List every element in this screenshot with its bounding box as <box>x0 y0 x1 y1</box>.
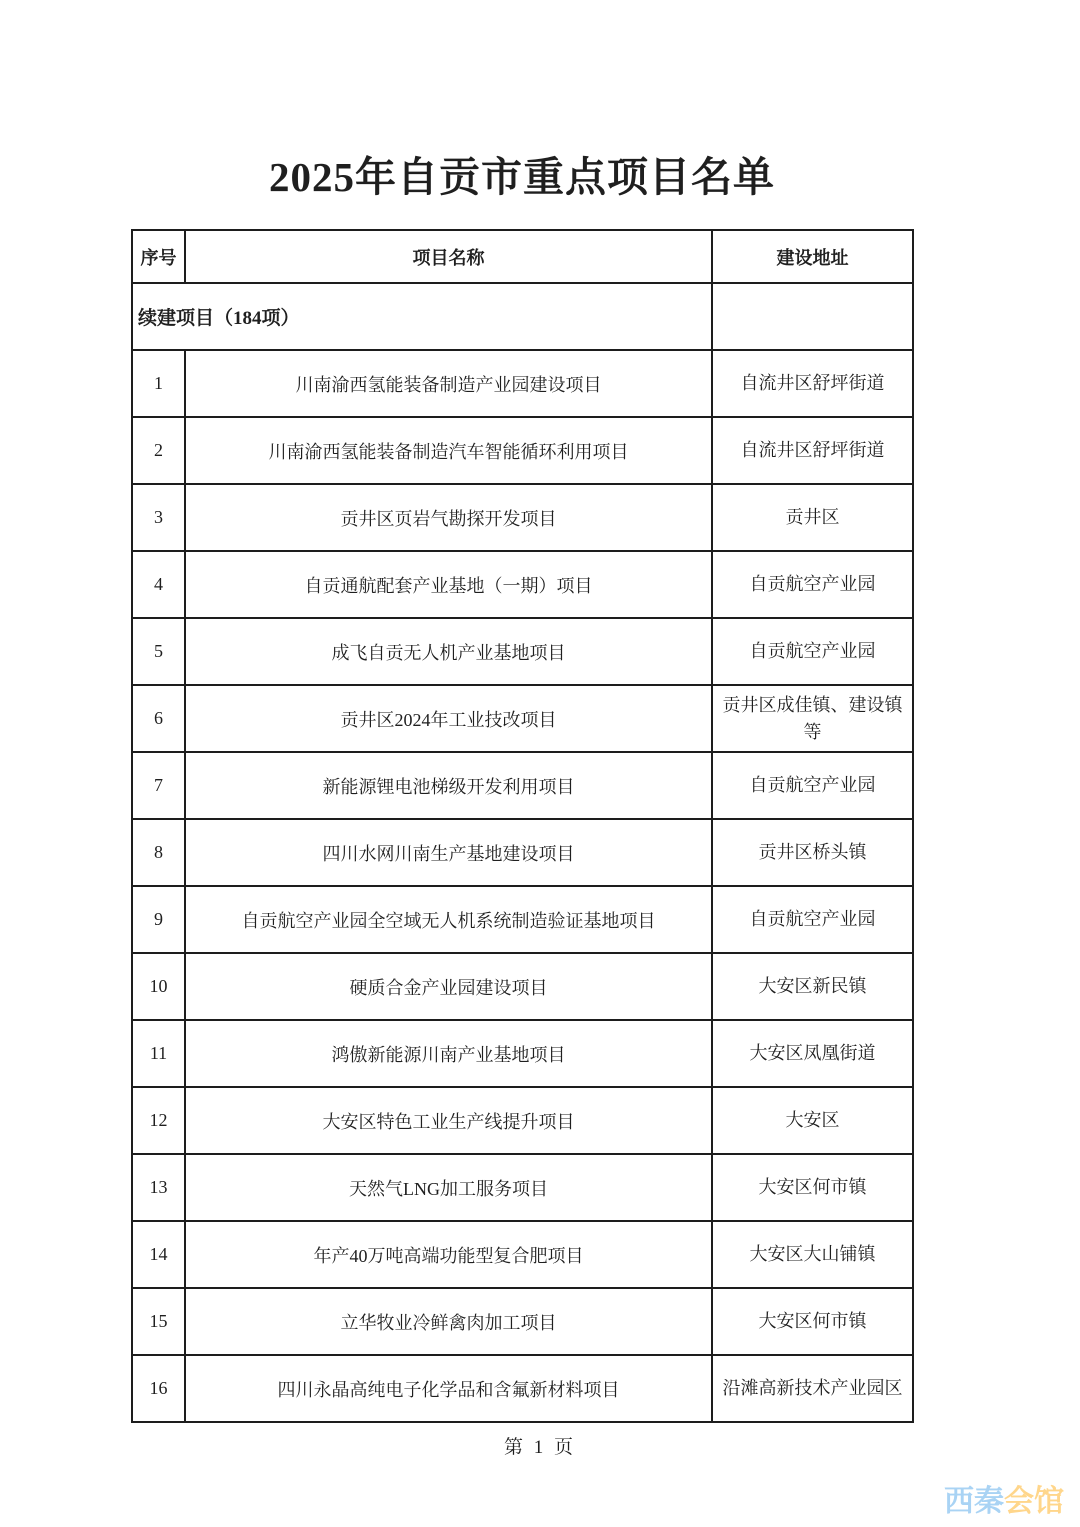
address-cell: 自流井区舒坪街道 <box>712 417 913 484</box>
column-header-serial: 序号 <box>132 230 185 283</box>
page-number: 第 1 页 <box>0 1432 1080 1459</box>
page-title: 2025年自贡市重点项目名单 <box>130 0 914 203</box>
project-name-cell: 鸿傲新能源川南产业基地项目 <box>185 1020 712 1087</box>
row-number-cell: 10 <box>132 953 185 1020</box>
project-name-cell: 大安区特色工业生产线提升项目 <box>185 1087 712 1154</box>
address-cell: 贡井区 <box>712 484 913 551</box>
project-name-cell: 贡井区2024年工业技改项目 <box>185 685 712 752</box>
address-cell: 自贡航空产业园 <box>712 618 913 685</box>
table-body: 续建项目（184项） 1 川南渝西氢能装备制造产业园建设项目 自流井区舒坪街道 … <box>132 283 913 1422</box>
project-name-cell: 新能源锂电池梯级开发利用项目 <box>185 752 712 819</box>
address-cell: 贡井区桥头镇 <box>712 819 913 886</box>
row-number-cell: 13 <box>132 1154 185 1221</box>
table-row: 16 四川永晶高纯电子化学品和含氟新材料项目 沿滩高新技术产业园区 <box>132 1355 913 1422</box>
project-name-cell: 自贡航空产业园全空域无人机系统制造验证基地项目 <box>185 886 712 953</box>
project-name-cell: 贡井区页岩气勘探开发项目 <box>185 484 712 551</box>
address-cell: 大安区新民镇 <box>712 953 913 1020</box>
project-name-cell: 四川永晶高纯电子化学品和含氟新材料项目 <box>185 1355 712 1422</box>
row-number-cell: 6 <box>132 685 185 752</box>
address-cell: 贡井区成佳镇、建设镇等 <box>712 685 913 752</box>
table-row: 15 立华牧业冷鲜禽肉加工项目 大安区何市镇 <box>132 1288 913 1355</box>
project-name-cell: 自贡通航配套产业基地（一期）项目 <box>185 551 712 618</box>
row-number-cell: 15 <box>132 1288 185 1355</box>
project-name-cell: 川南渝西氢能装备制造产业园建设项目 <box>185 350 712 417</box>
row-number-cell: 8 <box>132 819 185 886</box>
address-cell: 大安区何市镇 <box>712 1154 913 1221</box>
project-name-cell: 四川水网川南生产基地建设项目 <box>185 819 712 886</box>
row-number-cell: 4 <box>132 551 185 618</box>
section-row: 续建项目（184项） <box>132 283 913 350</box>
row-number-cell: 14 <box>132 1221 185 1288</box>
project-name-cell: 天然气LNG加工服务项目 <box>185 1154 712 1221</box>
address-cell: 大安区大山铺镇 <box>712 1221 913 1288</box>
row-number-cell: 1 <box>132 350 185 417</box>
address-cell: 大安区 <box>712 1087 913 1154</box>
column-header-address: 建设地址 <box>712 230 913 283</box>
watermark-part2: 会馆 <box>1004 1485 1064 1518</box>
section-empty-cell <box>712 283 913 350</box>
address-cell: 大安区凤凰街道 <box>712 1020 913 1087</box>
table-row: 12 大安区特色工业生产线提升项目 大安区 <box>132 1087 913 1154</box>
projects-table: 序号 项目名称 建设地址 续建项目（184项） 1 川南渝西氢能装备制造产业园建… <box>131 229 914 1423</box>
table-row: 4 自贡通航配套产业基地（一期）项目 自贡航空产业园 <box>132 551 913 618</box>
table-row: 5 成飞自贡无人机产业基地项目 自贡航空产业园 <box>132 618 913 685</box>
table-row: 1 川南渝西氢能装备制造产业园建设项目 自流井区舒坪街道 <box>132 350 913 417</box>
table-row: 7 新能源锂电池梯级开发利用项目 自贡航空产业园 <box>132 752 913 819</box>
table-row: 3 贡井区页岩气勘探开发项目 贡井区 <box>132 484 913 551</box>
table-header-row: 序号 项目名称 建设地址 <box>132 230 913 283</box>
project-name-cell: 立华牧业冷鲜禽肉加工项目 <box>185 1288 712 1355</box>
address-cell: 自贡航空产业园 <box>712 752 913 819</box>
address-cell: 自流井区舒坪街道 <box>712 350 913 417</box>
row-number-cell: 12 <box>132 1087 185 1154</box>
table-row: 8 四川水网川南生产基地建设项目 贡井区桥头镇 <box>132 819 913 886</box>
row-number-cell: 16 <box>132 1355 185 1422</box>
address-cell: 自贡航空产业园 <box>712 551 913 618</box>
row-number-cell: 5 <box>132 618 185 685</box>
document-page: 2025年自贡市重点项目名单 序号 项目名称 建设地址 续建项目（184项） 1… <box>0 0 1080 1423</box>
section-title: 续建项目（184项） <box>132 283 712 350</box>
row-number-cell: 9 <box>132 886 185 953</box>
table-row: 9 自贡航空产业园全空域无人机系统制造验证基地项目 自贡航空产业园 <box>132 886 913 953</box>
table-row: 14 年产40万吨高端功能型复合肥项目 大安区大山铺镇 <box>132 1221 913 1288</box>
address-cell: 大安区何市镇 <box>712 1288 913 1355</box>
table-row: 13 天然气LNG加工服务项目 大安区何市镇 <box>132 1154 913 1221</box>
watermark-part1: 西秦 <box>944 1485 1004 1518</box>
project-name-cell: 成飞自贡无人机产业基地项目 <box>185 618 712 685</box>
row-number-cell: 11 <box>132 1020 185 1087</box>
table-row: 10 硬质合金产业园建设项目 大安区新民镇 <box>132 953 913 1020</box>
watermark: 西秦会馆 <box>944 1476 1064 1520</box>
row-number-cell: 7 <box>132 752 185 819</box>
table-row: 11 鸿傲新能源川南产业基地项目 大安区凤凰街道 <box>132 1020 913 1087</box>
project-name-cell: 硬质合金产业园建设项目 <box>185 953 712 1020</box>
address-cell: 沿滩高新技术产业园区 <box>712 1355 913 1422</box>
address-cell: 自贡航空产业园 <box>712 886 913 953</box>
column-header-project-name: 项目名称 <box>185 230 712 283</box>
project-name-cell: 川南渝西氢能装备制造汽车智能循环利用项目 <box>185 417 712 484</box>
table-row: 2 川南渝西氢能装备制造汽车智能循环利用项目 自流井区舒坪街道 <box>132 417 913 484</box>
project-name-cell: 年产40万吨高端功能型复合肥项目 <box>185 1221 712 1288</box>
table-row: 6 贡井区2024年工业技改项目 贡井区成佳镇、建设镇等 <box>132 685 913 752</box>
row-number-cell: 3 <box>132 484 185 551</box>
row-number-cell: 2 <box>132 417 185 484</box>
